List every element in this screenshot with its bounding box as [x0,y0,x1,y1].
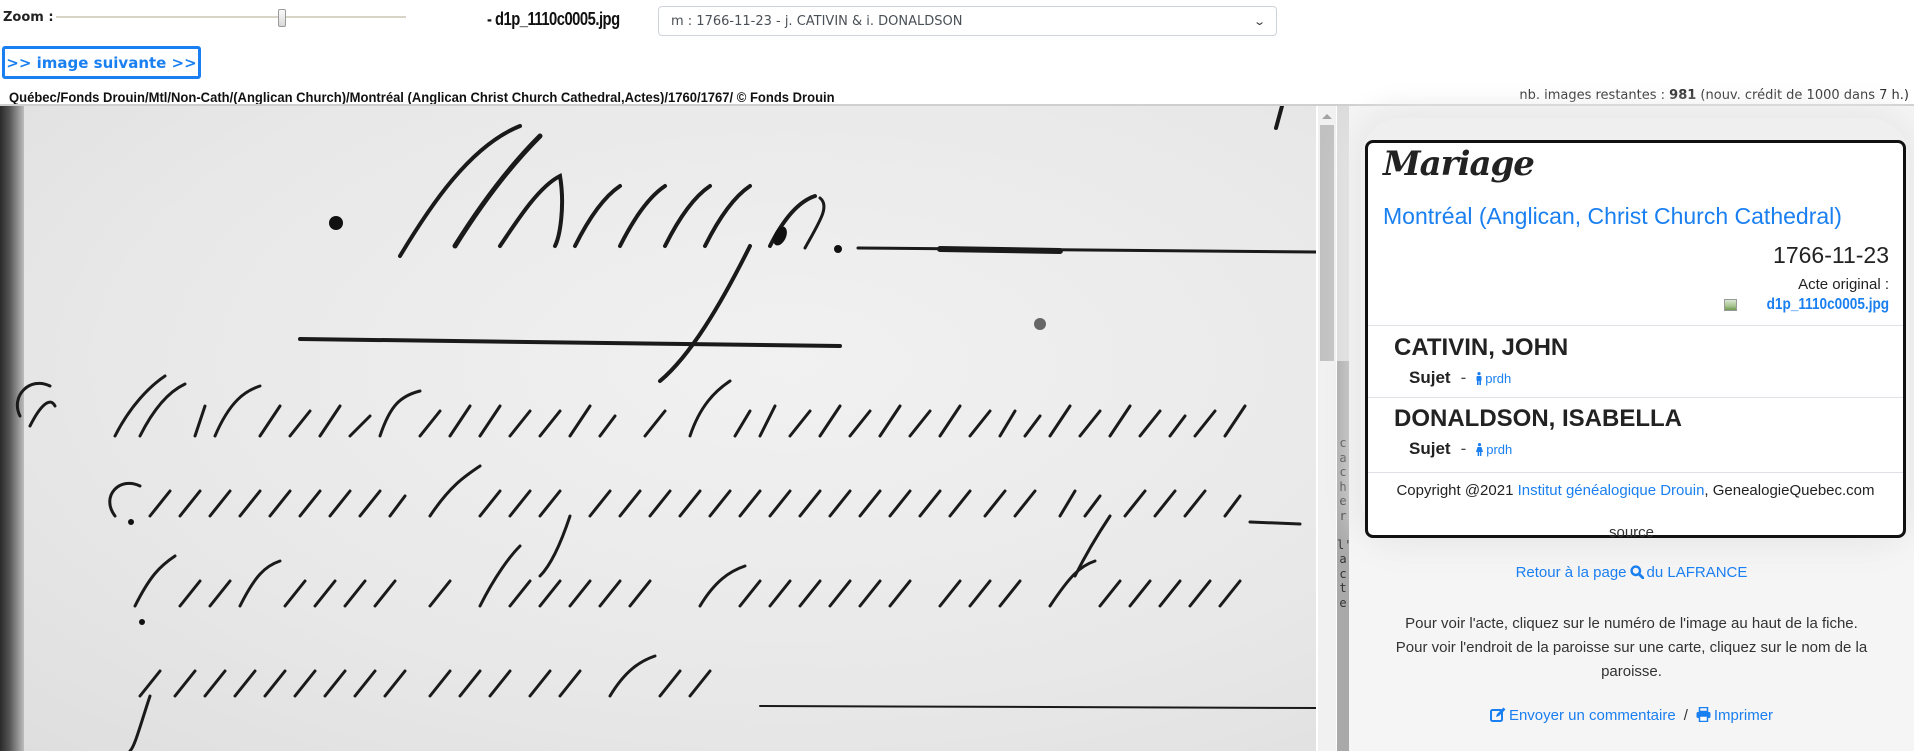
record-card: Mariage Montréal (Anglican, Christ Churc… [1365,140,1906,538]
prdh-link[interactable]: prdh [1476,442,1512,457]
drouin-link[interactable]: Institut généalogique Drouin [1518,482,1705,499]
manuscript-image-viewer[interactable] [0,106,1316,751]
person-role: Sujet [1409,439,1451,459]
record-date: 1766-11-23 [1773,242,1889,269]
zoom-slider[interactable] [56,16,406,18]
back-to-lafrance-link[interactable]: Retour à la pagedu LAFRANCE [1349,564,1914,581]
credits-suffix: (nouv. crédit de 1000 dans 7 h.) [1696,88,1909,103]
credits-prefix: nb. images restantes : [1519,88,1669,103]
image-vertical-scrollbar[interactable] [1318,106,1336,751]
prdh-label[interactable]: prdh [1485,371,1511,386]
male-icon [1476,372,1482,385]
send-comment-link[interactable]: Envoyer un commentaire [1490,707,1676,724]
print-icon [1696,707,1711,722]
next-image-button[interactable]: >> image suivante >> [2,46,201,79]
person-entry: CATIVIN, JOHN Sujet - prdh [1394,334,1568,388]
breadcrumb: Québec/Fonds Drouin/Mtl/Non-Cath/(Anglic… [9,89,835,105]
zoom-label: Zoom : [3,10,54,25]
print-label[interactable]: Imprimer [1714,707,1773,724]
manuscript-image [0,106,1316,751]
zoom-slider-thumb[interactable] [278,9,286,27]
help-line-1: Pour voir l'acte, cliquez sur le numéro … [1379,612,1884,636]
top-toolbar: Zoom : - d1p_1110c0005.jpg m : 1766-11-2… [0,0,1914,104]
separator: - [1461,368,1467,388]
print-link[interactable]: Imprimer [1696,707,1773,724]
original-acte-filename[interactable]: d1p_1110c0005.jpg [1767,296,1889,314]
original-acte-label: Acte original : [1798,276,1889,293]
person-name: DONALDSON, ISABELLA [1394,405,1682,433]
separator: / [1684,707,1688,724]
prdh-label[interactable]: prdh [1486,442,1512,457]
person-entry: DONALDSON, ISABELLA Sujet - prdh [1394,405,1682,459]
prdh-link[interactable]: prdh [1476,371,1511,386]
copyright-suffix: , GenealogieQuebec.com [1704,482,1874,499]
separator: - [1461,439,1467,459]
hide-acte-toggle[interactable]: cacher l'acte [1337,106,1349,751]
chevron-down-icon: ⌄ [1253,15,1266,28]
record-panel: Mariage Montréal (Anglican, Christ Churc… [1349,106,1914,751]
image-icon [1724,299,1737,311]
retour-suffix[interactable]: du LAFRANCE [1647,564,1748,581]
image-filename: - d1p_1110c0005.jpg [487,9,620,30]
female-icon [1476,443,1483,456]
acte-select-value: m : 1766-11-23 - j. CATIVIN & i. DONALDS… [671,14,962,29]
original-acte-link[interactable]: d1p_1110c0005.jpg [1724,296,1889,314]
divider [1368,397,1903,398]
remaining-images-status: nb. images restantes : 981 (nouv. crédit… [1519,88,1909,103]
credits-count: 981 [1669,88,1696,103]
acte-select[interactable]: m : 1766-11-23 - j. CATIVIN & i. DONALDS… [658,6,1277,36]
scrollbar-thumb[interactable] [1320,125,1334,361]
source-label: source [1349,524,1914,541]
copyright: Copyright @2021 Institut généalogique Dr… [1368,482,1903,499]
hide-acte-label[interactable]: cacher l'acte [1337,436,1349,610]
divider [1368,325,1903,326]
copyright-prefix: Copyright @2021 [1396,482,1517,499]
divider [1368,472,1903,473]
scroll-up-arrow-icon[interactable] [1322,114,1332,119]
person-name: CATIVIN, JOHN [1394,334,1568,362]
parish-link[interactable]: Montréal (Anglican, Christ Church Cathed… [1383,203,1842,230]
person-role: Sujet [1409,368,1451,388]
edit-icon [1490,707,1506,722]
retour-prefix[interactable]: Retour à la page [1516,564,1627,581]
help-text: Pour voir l'acte, cliquez sur le numéro … [1379,612,1884,684]
send-comment-label[interactable]: Envoyer un commentaire [1509,707,1676,724]
actions-row: Envoyer un commentaire/Imprimer [1349,707,1914,724]
search-icon [1630,565,1644,579]
record-type-title: Mariage [1383,144,1534,184]
help-line-2: Pour voir l'endroit de la paroisse sur u… [1379,636,1884,684]
